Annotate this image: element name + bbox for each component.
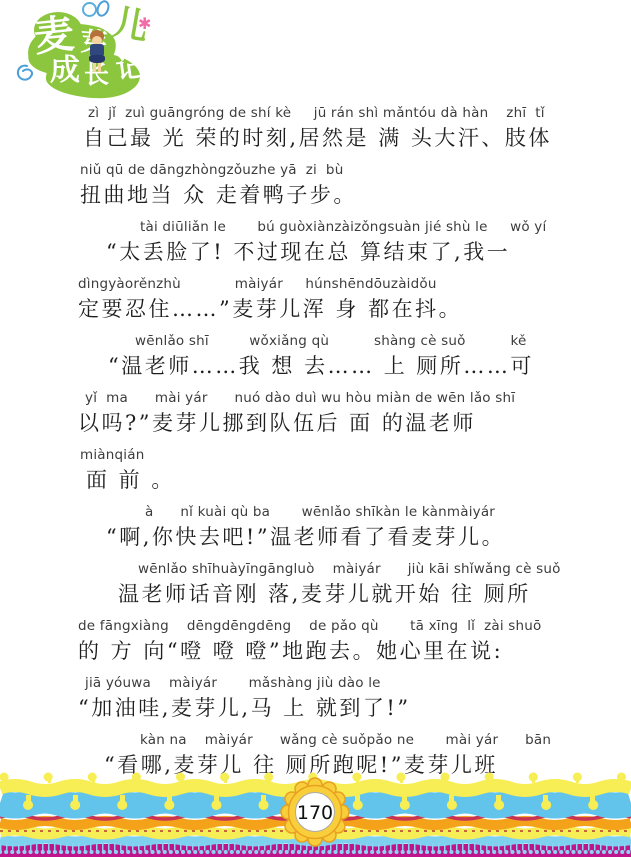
footer-decoration: 170 <box>0 772 631 857</box>
hanzi-line: “加油哇,麦芽儿,马 上 就到了!” <box>78 693 583 724</box>
hanzi-line: 温老师话音刚 落,麦芽儿就开始 往 厕所 <box>78 579 583 610</box>
text-line: wēnlǎo shīhuàyīngāngluò màiyár jiù kāi s… <box>78 560 583 610</box>
text-line: dìngyàorěnzhù màiyár húnshēndōuzàidǒu定要忍… <box>78 275 583 325</box>
text-line: zì jǐ zuì guāngróng de shí kè jū rán shì… <box>78 104 583 154</box>
girl-leg <box>93 63 96 72</box>
hanzi-line: 的 方 向“噔 噔 噔”地跑去。她心里在说: <box>78 636 583 667</box>
pinyin-line: yǐ ma mài yár nuó dào duì wu hòu miàn de… <box>78 389 583 408</box>
footer-bands: 170 <box>0 772 631 857</box>
doodle-circle-icon <box>82 2 97 17</box>
pinyin-line: wēnlǎo shī wǒxiǎng qù shàng cè suǒ kě <box>78 332 583 351</box>
page-number: 170 <box>297 802 333 824</box>
text-line: wēnlǎo shī wǒxiǎng qù shàng cè suǒ kě“温老… <box>78 332 583 382</box>
pinyin-line: de fāngxiàng dēngdēngdēng de pǎo qù tā x… <box>78 617 583 636</box>
text-line: yǐ ma mài yár nuó dào duì wu hòu miàn de… <box>78 389 583 439</box>
text-line: jiā yóuwa màiyár mǎshàng jiù dào le“加油哇,… <box>78 674 583 724</box>
logo-flower-icon: ✱ <box>138 14 151 33</box>
doodle-spiral-icon <box>12 62 34 84</box>
pinyin-line: zì jǐ zuì guāngróng de shí kè jū rán shì… <box>78 104 583 123</box>
logo-char-cheng: 成 <box>50 56 80 86</box>
pinyin-line: miànqián <box>78 446 583 465</box>
hanzi-line: “啊,你快去吧!”温老师看了看麦芽儿。 <box>78 522 583 553</box>
logo-char-mai: 麦 <box>32 14 76 58</box>
hanzi-line: 扭曲地当 众 走着鸭子步。 <box>78 180 583 211</box>
pinyin-line: niǔ qū de dāngzhòngzǒuzhe yā zi bù <box>78 161 583 180</box>
book-logo: 麦 芽 儿 ✱ 成 长 记 <box>26 6 150 106</box>
pinyin-line: wēnlǎo shīhuàyīngāngluò màiyár jiù kāi s… <box>78 560 583 579</box>
pinyin-line: jiā yóuwa màiyár mǎshàng jiù dào le <box>78 674 583 693</box>
text-line: à nǐ kuài qù ba wēnlǎo shīkàn le kànmàiy… <box>78 503 583 553</box>
text-block: zì jǐ zuì guāngróng de shí kè jū rán shì… <box>78 104 583 788</box>
text-line: miànqián面 前 。 <box>78 446 583 496</box>
text-line: de fāngxiàng dēngdēngdēng de pǎo qù tā x… <box>78 617 583 667</box>
girl-leg <box>98 63 101 72</box>
logo-char-ji: 记 <box>114 52 146 84</box>
hanzi-line: 以吗?”麦芽儿挪到队伍后 面 的温老师 <box>78 408 583 439</box>
hanzi-line: 面 前 。 <box>78 465 583 496</box>
logo-girl-illustration <box>89 30 107 76</box>
hanzi-line: 定要忍住……”麦芽儿浑 身 都在抖。 <box>78 294 583 325</box>
pinyin-line: dìngyàorěnzhù màiyár húnshēndōuzàidǒu <box>78 275 583 294</box>
text-line: tài diūliǎn le bú guòxiànzàizǒngsuàn jié… <box>78 218 583 268</box>
hanzi-line: “太丢脸了! 不过现在总 算结束了,我一 <box>78 237 583 268</box>
pinyin-line: tài diūliǎn le bú guòxiànzàizǒngsuàn jié… <box>78 218 583 237</box>
girl-skirt <box>89 55 105 63</box>
doodle-circle-icon <box>94 0 111 19</box>
pinyin-line: kàn na màiyár wǎng cè suǒpǎo ne mài yár … <box>78 731 583 750</box>
pinyin-line: à nǐ kuài qù ba wēnlǎo shīkàn le kànmàiy… <box>78 503 583 522</box>
hanzi-line: “温老师……我 想 去…… 上 厕所……可 <box>78 351 583 382</box>
hanzi-line: 自己最 光 荣的时刻,居然是 满 头大汗、肢体 <box>78 123 583 154</box>
text-line: niǔ qū de dāngzhòngzǒuzhe yā zi bù扭曲地当 众… <box>78 161 583 211</box>
